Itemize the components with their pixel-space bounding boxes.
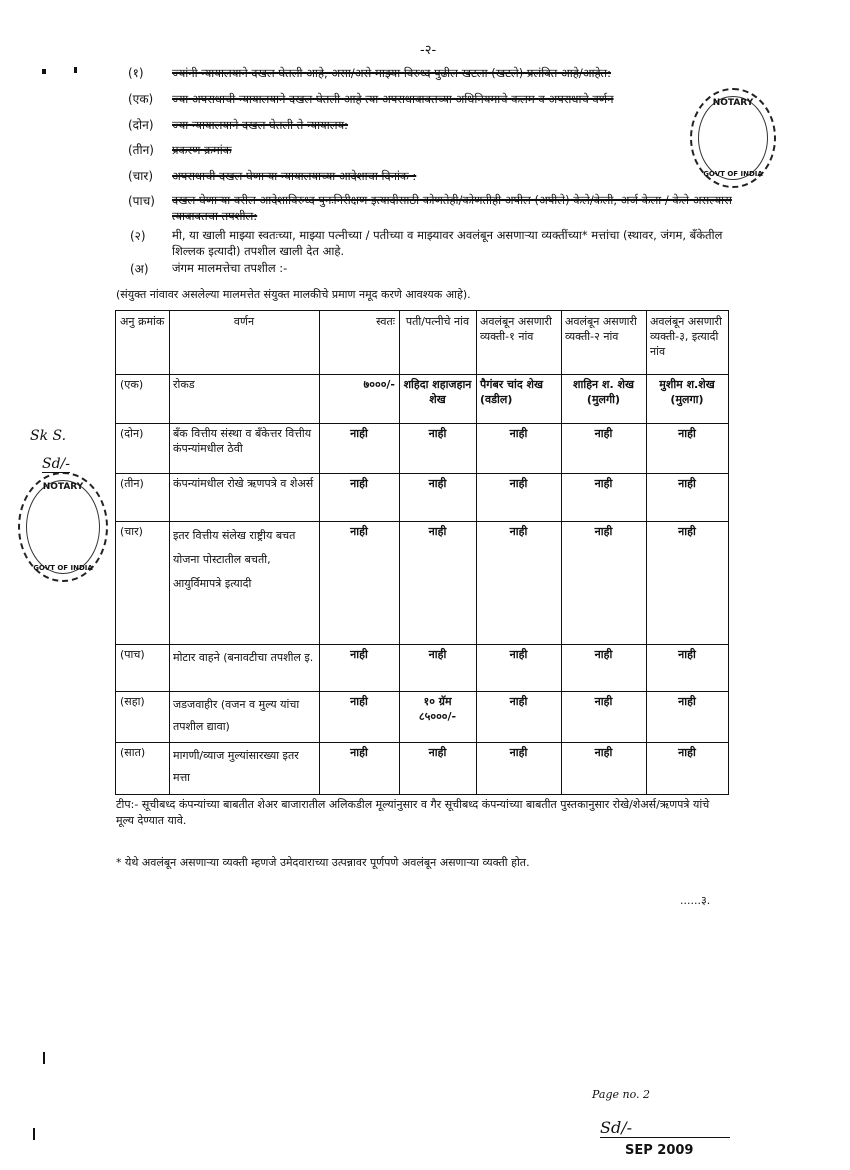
item-number: (तीन) <box>128 141 154 158</box>
header-dependent-3: अवलंबून असणारी व्यक्ती-३, इत्यादी नांव <box>646 311 728 374</box>
cell-self: ७०००/- <box>319 374 399 423</box>
struck-line: ज्या न्यायालयाने दखल घेतली ते न्यायालय: <box>172 117 348 133</box>
cell-dependent-1: नाही <box>476 423 561 473</box>
cell-dependent-1: नाही <box>476 742 561 796</box>
cell-dependent-1: नाही <box>476 644 561 691</box>
cell-description: जडजवाहीर (वजन व मुल्य यांचा तपशील द्यावा… <box>169 691 319 742</box>
stamp-top-text: NOTARY <box>713 98 754 108</box>
cell-self: नाही <box>319 521 399 644</box>
struck-line: प्रकरण क्रमांक <box>172 142 232 158</box>
cell-sr-no: (पाच) <box>116 644 169 691</box>
cell-description: बँक वित्तीय संस्था व बँकेत्तर वित्तीय कं… <box>169 423 319 473</box>
cell-sr-no: (एक) <box>116 374 169 423</box>
notary-stamp-top: NOTARY GOVT OF INDIA <box>690 88 776 188</box>
joint-ownership-note: (संयुक्त नांवावर असलेल्या मालमत्तेत संयु… <box>116 287 471 303</box>
handwritten-signature-bottom: Sd/- <box>600 1118 730 1138</box>
cell-dependent-1: नाही <box>476 691 561 742</box>
cell-spouse: शहिदा शहाजहान शेख <box>399 374 476 423</box>
cell-dependent-2: नाही <box>561 691 646 742</box>
cell-spouse: नाही <box>399 521 476 644</box>
cell-dependent-3: नाही <box>646 423 728 473</box>
item-number: (पाच) <box>128 192 155 209</box>
cell-dependent-2: नाही <box>561 473 646 521</box>
cell-description: इतर वित्तीय संलेख राष्ट्रीय बचत योजना पो… <box>169 521 319 644</box>
cell-spouse: नाही <box>399 742 476 796</box>
cell-dependent-1: पैगंबर चांद शेख (वडील) <box>476 374 561 423</box>
header-description: वर्णन <box>169 311 319 374</box>
cell-sr-no: (सात) <box>116 742 169 796</box>
cell-dependent-3: नाही <box>646 742 728 796</box>
handwritten-page-note: Page no. 2 <box>592 1088 650 1101</box>
date-stamp: SEP 2009 <box>625 1143 693 1158</box>
cell-self: नाही <box>319 742 399 796</box>
struck-line: अपराधाची दखल घेणाऱ्या न्यायालयाच्या आदेश… <box>172 168 416 184</box>
cell-dependent-1: नाही <box>476 473 561 521</box>
item-number: (१) <box>128 64 144 81</box>
cell-dependent-3: मुशीम श.शेख (मुलगा) <box>646 374 728 423</box>
cell-dependent-3: नाही <box>646 691 728 742</box>
header-dependent-1: अवलंबून असणारी व्यक्ती-१ नांव <box>476 311 561 374</box>
header-spouse: पती/पत्नीचे नांव <box>399 311 476 374</box>
cell-sr-no: (तीन) <box>116 473 169 521</box>
cell-description: मोटार वाहने (बनावटीचा तपशील इ. <box>169 644 319 691</box>
handwritten-signature-left: Sd/- <box>42 456 70 473</box>
tip-note: टीप:- सूचीबध्द कंपन्यांच्या बाबतीत शेअर … <box>116 797 726 829</box>
cell-dependent-2: नाही <box>561 423 646 473</box>
struck-line: ज्यांनी न्यायालयाने दखल घेतली आहे, असा/अ… <box>172 65 611 81</box>
stamp-bottom-text: GOVT OF INDIA <box>33 564 93 572</box>
cell-self: नाही <box>319 691 399 742</box>
header-self: स्वतः <box>319 311 399 374</box>
cell-dependent-3: नाही <box>646 644 728 691</box>
cell-description: मागणी/व्याज मुल्यांसारख्या इतर मत्ता <box>169 742 319 796</box>
item-number: (२) <box>130 227 146 244</box>
cell-description: रोकड <box>169 374 319 423</box>
handwritten-initials: Sk S. <box>30 428 66 444</box>
cell-description: कंपन्यांमधील रोखे ऋणपत्रे व शेअर्स <box>169 473 319 521</box>
item-number: (चार) <box>128 167 153 184</box>
page-number: -२- <box>420 40 436 58</box>
cell-spouse: नाही <box>399 423 476 473</box>
movable-assets-table: अनु क्रमांक वर्णन स्वतः पती/पत्नीचे नांव… <box>115 310 729 795</box>
cell-dependent-3: नाही <box>646 473 728 521</box>
header-sr-no: अनु क्रमांक <box>116 311 169 374</box>
cell-spouse: १० ग्रॅम ८५०००/- <box>399 691 476 742</box>
struck-line: ज्या अपराधाची न्यायालयाने दखल घेतली आहे … <box>172 91 712 107</box>
header-dependent-2: अवलंबून असणारी व्यक्ती-२ नांव <box>561 311 646 374</box>
struck-line: दखल घेणाऱ्या वरील आदेशाविरुध्द पुनःनिरीक… <box>172 192 732 224</box>
cell-sr-no: (चार) <box>116 521 169 644</box>
cell-dependent-2: नाही <box>561 521 646 644</box>
cell-self: नाही <box>319 644 399 691</box>
cell-self: नाही <box>319 423 399 473</box>
section-a-heading: जंगम मालमत्तेचा तपशील :- <box>172 260 287 276</box>
item-number: (अ) <box>130 260 149 277</box>
cell-dependent-3: नाही <box>646 521 728 644</box>
cell-dependent-2: नाही <box>561 742 646 796</box>
cell-self: नाही <box>319 473 399 521</box>
item-number: (दोन) <box>128 116 154 133</box>
continuation-marker: ......३. <box>680 893 710 908</box>
cell-dependent-2: नाही <box>561 644 646 691</box>
cell-dependent-1: नाही <box>476 521 561 644</box>
notary-stamp-left: NOTARY GOVT OF INDIA <box>18 472 108 582</box>
cell-sr-no: (दोन) <box>116 423 169 473</box>
asterisk-note: * येथे अवलंबून असणाऱ्या व्यक्ती म्हणजे उ… <box>116 855 736 871</box>
cell-spouse: नाही <box>399 644 476 691</box>
stamp-bottom-text: GOVT OF INDIA <box>703 170 763 178</box>
stamp-top-text: NOTARY <box>43 482 84 492</box>
cell-dependent-2: शाहिन श. शेख (मुलगी) <box>561 374 646 423</box>
section-2-text: मी, या खाली माझ्या स्वतःच्या, माझ्या पत्… <box>172 227 732 259</box>
cell-spouse: नाही <box>399 473 476 521</box>
item-number: (एक) <box>128 90 153 107</box>
cell-sr-no: (सहा) <box>116 691 169 742</box>
